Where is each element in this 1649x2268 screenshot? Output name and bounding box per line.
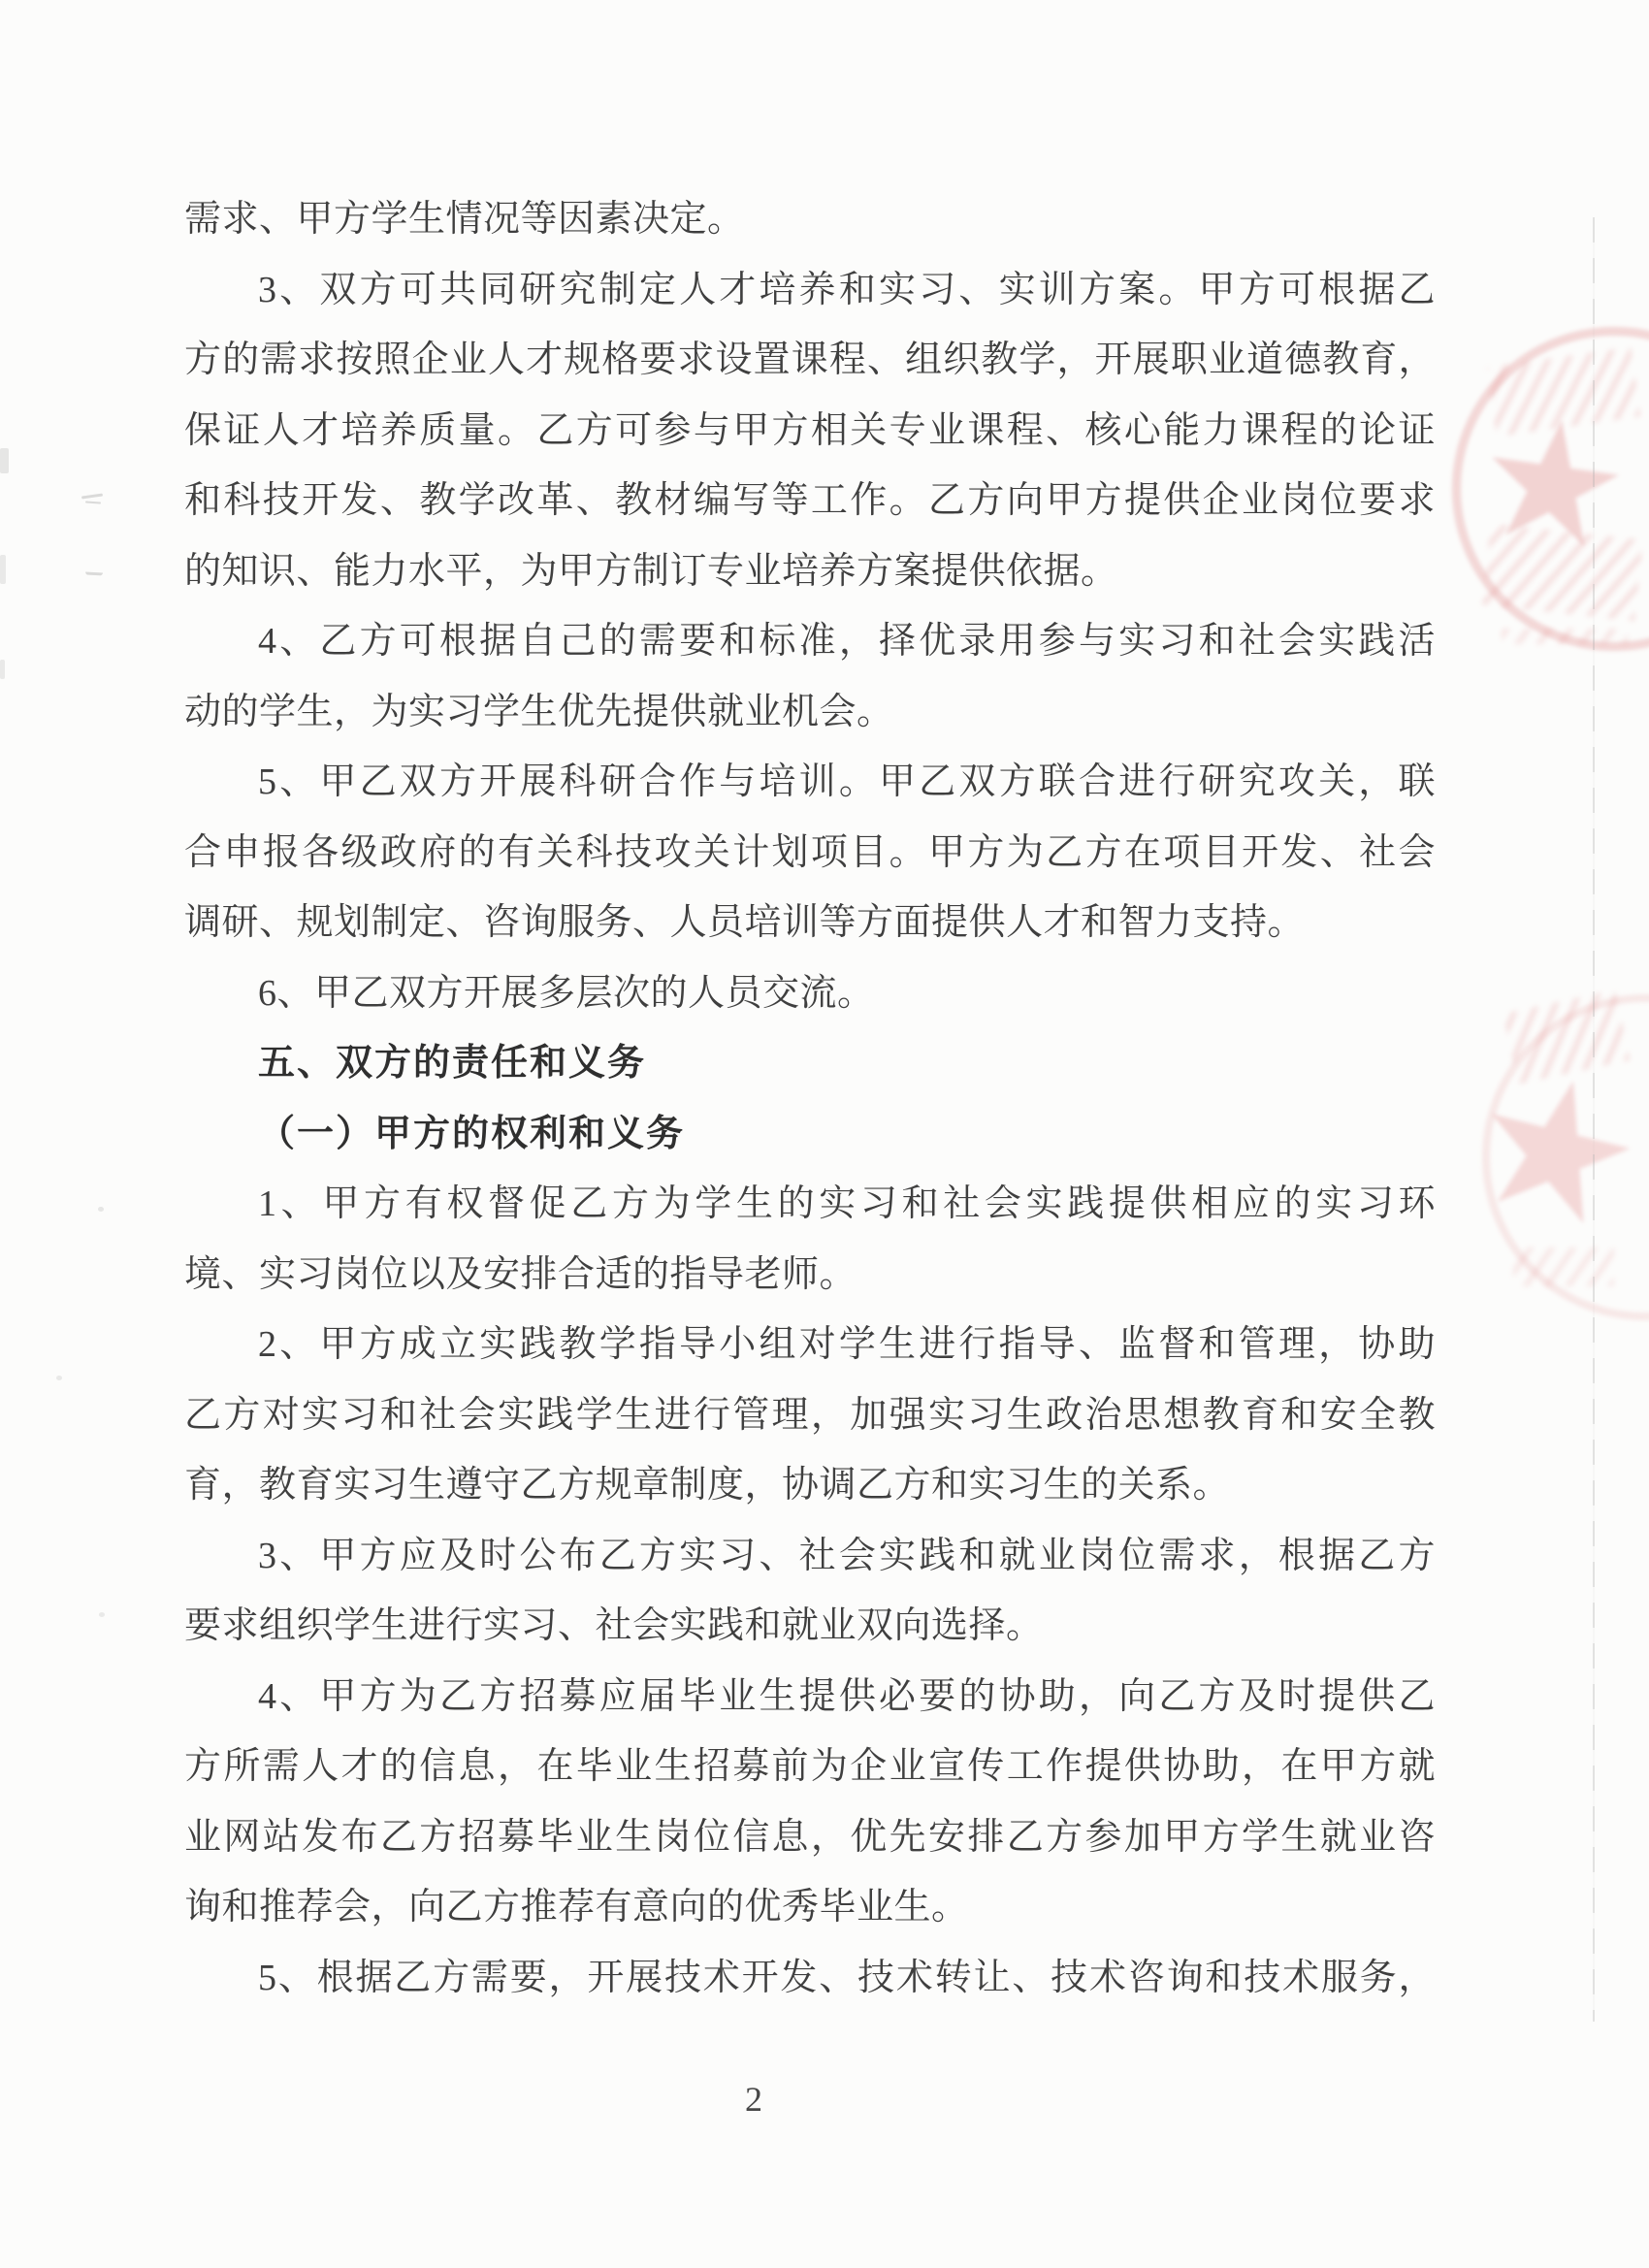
text-line: 育，教育实习生遵守乙方规章制度，协调乙方和实习生的关系。 [184, 1450, 1436, 1521]
text-line: 方的需求按照企业人才规格要求设置课程、组织教学，开展职业道德教育， [184, 325, 1436, 396]
scan-speck [0, 660, 5, 679]
text-line: 4、乙方可根据自己的需要和标准，择优录用参与实习和社会实践活 [184, 606, 1436, 677]
seal-text-remnant [1502, 629, 1628, 644]
scan-speck [85, 501, 101, 503]
section-heading: 五、双方的责任和义务 [184, 1028, 1436, 1099]
text-line: 1、甲方有权督促乙方为学生的实习和社会实践提供相应的实习环 [184, 1169, 1436, 1240]
text-line: 6、甲乙双方开展多层次的人员交流。 [184, 958, 1436, 1029]
text-line: 要求组织学生进行实习、社会实践和就业双向选择。 [184, 1591, 1436, 1662]
scan-speck [98, 1207, 104, 1212]
text-line: 调研、规划制定、咨询服务、人员培训等方面提供人才和智力支持。 [184, 888, 1436, 958]
text-line: 动的学生，为实习学生优先提供就业机会。 [184, 677, 1436, 748]
contract-body-text: 需求、甲方学生情况等因素决定。3、双方可共同研究制定人才培养和实习、实训方案。甲… [184, 184, 1436, 2013]
seal-text-remnant [1482, 524, 1643, 621]
text-line: 询和推荐会，向乙方推荐有意向的优秀毕业生。 [184, 1872, 1436, 1943]
text-line: 的知识、能力水平，为甲方制订专业培养方案提供依据。 [184, 536, 1436, 607]
text-line: 保证人才培养质量。乙方可参与甲方相关专业课程、核心能力课程的论证 [184, 396, 1436, 467]
section-heading: （一）甲方的权利和义务 [184, 1099, 1436, 1170]
text-line: 2、甲方成立实践教学指导小组对学生进行指导、监督和管理，协助 [184, 1310, 1436, 1380]
text-line: 5、甲乙双方开展科研合作与培训。甲乙双方联合进行研究攻关，联 [184, 747, 1436, 818]
page-number: 2 [745, 2076, 762, 2122]
text-line: 3、甲方应及时公布乙方实习、社会实践和就业岗位需求，根据乙方 [184, 1521, 1436, 1592]
text-line: 需求、甲方学生情况等因素决定。 [184, 184, 1436, 255]
scan-speck [99, 1612, 105, 1617]
scan-speck [0, 555, 6, 584]
text-line: 乙方对实习和社会实践学生进行管理，加强实习生政治思想教育和安全教 [184, 1380, 1436, 1451]
scan-speck [81, 493, 103, 499]
text-line: 4、甲方为乙方招募应届毕业生提供必要的协助，向乙方及时提供乙 [184, 1662, 1436, 1733]
scan-speck [0, 448, 9, 473]
scan-speck [85, 572, 103, 576]
scanned-contract-page: ★ ★ 需求、甲方学生情况等因素决定。3、双方可共同研究制定人才培养和实习、实训… [0, 0, 1649, 2268]
text-line: 和科技开发、教学改革、教材编写等工作。乙方向甲方提供企业岗位要求 [184, 466, 1436, 536]
text-line: 5、根据乙方需要，开展技术开发、技术转让、技术咨询和技术服务， [184, 1943, 1436, 2014]
text-line: 境、实习岗位以及安排合适的指导老师。 [184, 1240, 1436, 1311]
text-line: 业网站发布乙方招募毕业生岗位信息，优先安排乙方参加甲方学生就业咨 [184, 1802, 1436, 1873]
scan-speck [56, 1376, 62, 1380]
text-line: 合申报各级政府的有关科技攻关计划项目。甲方为乙方在项目开发、社会 [184, 818, 1436, 889]
text-line: 3、双方可共同研究制定人才培养和实习、实训方案。甲方可根据乙 [184, 255, 1436, 326]
scan-artifact-line [1593, 217, 1595, 2022]
text-line: 方所需人才的信息，在毕业生招募前为企业宣传工作提供协助，在甲方就 [184, 1732, 1436, 1802]
seal-text-remnant [1513, 1247, 1614, 1286]
